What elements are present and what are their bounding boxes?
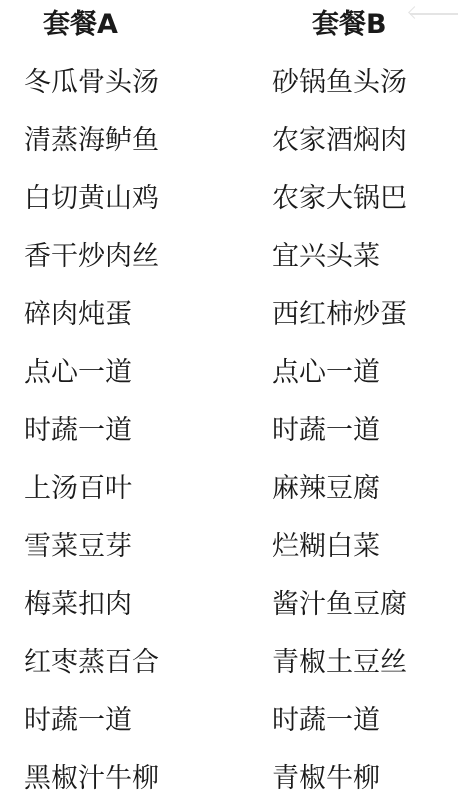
list-item: 宜兴头菜 xyxy=(272,228,407,286)
set-a-column: 套餐A 冬瓜骨头汤 清蒸海鲈鱼 白切黄山鸡 香干炒肉丝 碎肉炖蛋 点心一道 时蔬… xyxy=(24,0,159,808)
list-item: 烂糊白菜 xyxy=(272,518,407,576)
list-item: 时蔬一道 xyxy=(272,692,407,750)
list-item: 香干炒肉丝 xyxy=(24,228,159,286)
list-item: 时蔬一道 xyxy=(24,692,159,750)
list-item: 时蔬一道 xyxy=(24,402,159,460)
list-item: 青椒土豆丝 xyxy=(272,634,407,692)
list-item: 农家大锅巴 xyxy=(272,170,407,228)
set-a-list: 冬瓜骨头汤 清蒸海鲈鱼 白切黄山鸡 香干炒肉丝 碎肉炖蛋 点心一道 时蔬一道 上… xyxy=(24,54,159,808)
list-item: 梅菜扣肉 xyxy=(24,576,159,634)
set-b-column: 套餐B 砂锅鱼头汤 农家酒焖肉 农家大锅巴 宜兴头菜 西红柿炒蛋 点心一道 时蔬… xyxy=(272,0,407,808)
set-b-title: 套餐B xyxy=(312,0,407,50)
left-arrow-icon xyxy=(410,13,458,15)
list-item: 点心一道 xyxy=(272,344,407,402)
list-item: 麻辣豆腐 xyxy=(272,460,407,518)
list-item: 酱汁鱼豆腐 xyxy=(272,576,407,634)
list-item: 农家酒焖肉 xyxy=(272,112,407,170)
list-item: 冬瓜骨头汤 xyxy=(24,54,159,112)
set-b-list: 砂锅鱼头汤 农家酒焖肉 农家大锅巴 宜兴头菜 西红柿炒蛋 点心一道 时蔬一道 麻… xyxy=(272,54,407,808)
list-item: 西红柿炒蛋 xyxy=(272,286,407,344)
list-item: 雪菜豆芽 xyxy=(24,518,159,576)
list-item: 清蒸海鲈鱼 xyxy=(24,112,159,170)
set-a-title: 套餐A xyxy=(43,0,159,50)
list-item: 黑椒汁牛柳 xyxy=(24,750,159,808)
list-item: 白切黄山鸡 xyxy=(24,170,159,228)
list-item: 点心一道 xyxy=(24,344,159,402)
list-item: 青椒牛柳 xyxy=(272,750,407,808)
list-item: 红枣蒸百合 xyxy=(24,634,159,692)
list-item: 碎肉炖蛋 xyxy=(24,286,159,344)
list-item: 上汤百叶 xyxy=(24,460,159,518)
list-item: 时蔬一道 xyxy=(272,402,407,460)
list-item: 砂锅鱼头汤 xyxy=(272,54,407,112)
